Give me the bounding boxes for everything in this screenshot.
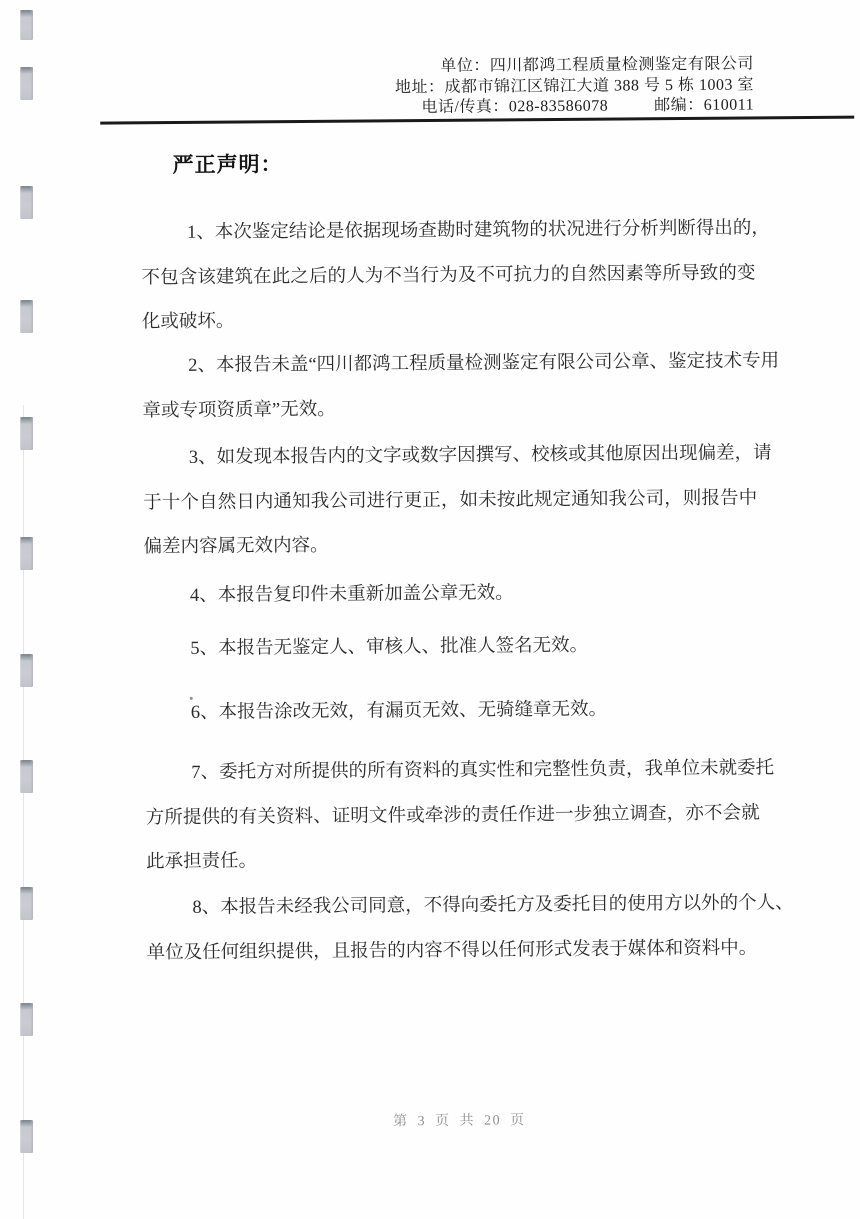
statement-line: 5、本报告无鉴定人、审核人、批准人签名无效。	[144, 622, 758, 671]
statement-title: 严正声明：	[172, 148, 282, 179]
statement-line: 8、本报告未经我公司同意，不得向委托方及委托目的使用方以外的个人、	[146, 881, 760, 930]
statement-line: 6、本报告涂改无效，有漏页无效、无骑缝章无效。	[145, 686, 759, 735]
statement-line: 偏差内容属无效内容。	[143, 520, 757, 569]
statement-line: 化或破坏。	[142, 295, 756, 344]
statement-paragraph: 6、本报告涂改无效，有漏页无效、无骑缝章无效。	[145, 686, 759, 735]
page-content: 单位：四川都鸿工程质量检测鉴定有限公司 地址：成都市锦江区锦江大道 388 号 …	[0, 0, 860, 1219]
statement-line: 于十个自然日内通知我公司进行更正，如未按此规定通知我公司，则报告中	[143, 476, 757, 525]
statement-line: 章或专项资质章”无效。	[142, 384, 756, 433]
statement-line: 不包含该建筑在此之后的人为不当行为及不可抗力的自然因素等所导致的变	[141, 251, 755, 300]
phone-fax-value: 电话/传真：028-83586078	[421, 97, 608, 119]
statement-paragraph: 8、本报告未经我公司同意，不得向委托方及委托目的使用方以外的个人、单位及任何组织…	[146, 881, 761, 975]
letterhead: 单位：四川都鸿工程质量检测鉴定有限公司 地址：成都市锦江区锦江大道 388 号 …	[395, 54, 754, 118]
statement-line: 方所提供的有关资料、证明文件或牵涉的责任作进一步独立调查，亦不会就	[146, 791, 760, 840]
page-number: 第 3 页 共 20 页	[393, 1109, 526, 1130]
statement-paragraph: 7、委托方对所提供的所有资料的真实性和完整性负责，我单位未就委托方所提供的有关资…	[145, 746, 760, 884]
postcode-value: 邮编：610011	[654, 95, 754, 116]
statement-paragraph: 1、本次鉴定结论是依据现场查勘时建筑物的状况进行分析判断得出的，不包含该建筑在此…	[141, 206, 756, 344]
statement-line: 7、委托方对所提供的所有资料的真实性和完整性负责，我单位未就委托	[145, 746, 759, 795]
statement-line: 3、如发现本报告内的文字或数字因撰写、校核或其他原因出现偏差，请	[143, 431, 757, 480]
statement-line: 2、本报告未盖“四川都鸿工程质量检测鉴定有限公司公章、鉴定技术专用	[142, 339, 756, 388]
statement-paragraph: 3、如发现本报告内的文字或数字因撰写、校核或其他原因出现偏差，请于十个自然日内通…	[143, 431, 758, 569]
company-address-line: 地址：成都市锦江区锦江大道 388 号 5 栋 1003 室	[395, 75, 754, 98]
statement-line: 单位及任何组织提供，且报告的内容不得以任何形式发表于媒体和资料中。	[147, 926, 761, 975]
statement-line: 1、本次鉴定结论是依据现场查勘时建筑物的状况进行分析判断得出的，	[141, 206, 755, 255]
statement-paragraph: 4、本报告复印件未重新加盖公章无效。	[144, 569, 758, 618]
statement-line: 此承担责任。	[146, 835, 760, 884]
scan-artifact-dot	[190, 697, 193, 700]
statement-paragraph: 5、本报告无鉴定人、审核人、批准人签名无效。	[144, 622, 758, 671]
statement-paragraph: 2、本报告未盖“四川都鸿工程质量检测鉴定有限公司公章、鉴定技术专用章或专项资质章…	[142, 339, 757, 433]
company-name-line: 单位：四川都鸿工程质量检测鉴定有限公司	[395, 54, 754, 77]
statement-line: 4、本报告复印件未重新加盖公章无效。	[144, 569, 758, 618]
statement-body: 1、本次鉴定结论是依据现场查勘时建筑物的状况进行分析判断得出的，不包含该建筑在此…	[0, 0, 855, 3]
contact-line: 电话/传真：028-83586078 邮编：610011	[395, 95, 754, 118]
document-page: 单位：四川都鸿工程质量检测鉴定有限公司 地址：成都市锦江区锦江大道 388 号 …	[0, 0, 860, 1219]
